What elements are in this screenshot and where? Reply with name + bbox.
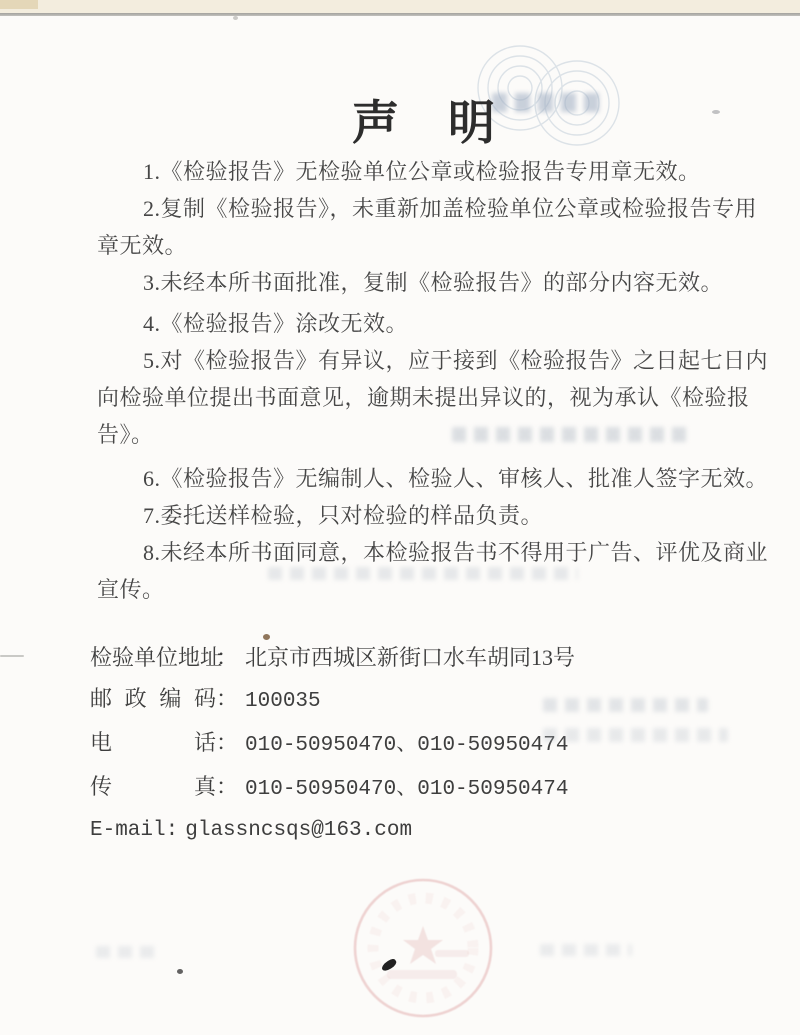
contact-separator: ： (216, 774, 238, 799)
contact-label: 邮政编码 (90, 687, 216, 710)
statement-line: 2.复制《检验报告》，未重新加盖检验单位公章或检验报告专用 (97, 190, 765, 227)
scan-top-edge (0, 0, 800, 13)
bleed-through-mark (543, 698, 708, 712)
bleed-through-mark (268, 567, 578, 580)
statement-line: 8.未经本所书面同意，本检验报告书不得用于广告、评优及商业 (97, 534, 765, 571)
statement-line: 向检验单位提出书面意见，逾期未提出异议的，视为承认《检验报 (97, 379, 765, 416)
statement-line: 3.未经本所书面批准，复制《检验报告》的部分内容无效。 (97, 264, 765, 301)
ink-speck (712, 110, 720, 114)
contact-value: glassncsqs@163.com (185, 819, 412, 842)
page-title: 声 明 (24, 86, 800, 153)
contact-value: 010-50950470、010-50950474 (245, 778, 568, 801)
scan-edge-line (0, 13, 800, 16)
contact-value: 100035 (245, 690, 321, 713)
contact-row-fax: 传真：010-50950470、010-50950474 (90, 775, 730, 801)
contact-label: 传真 (90, 775, 216, 798)
scanned-statement-page: 声 明 1.《检验报告》无检验单位公章或检验报告专用章无效。 2.复制《检验报告… (0, 0, 800, 1035)
contact-separator: ： (216, 645, 238, 670)
ink-speck (233, 16, 238, 20)
contact-row-address: 检验单位地址：北京市西城区新街口水车胡同13号 (90, 646, 730, 669)
scan-edge-dash (0, 655, 24, 657)
contact-separator: ： (216, 730, 238, 755)
bleed-through-mark (96, 946, 158, 958)
contact-row-email: E-mail:glassncsqs@163.com (90, 819, 730, 842)
ink-speck (263, 634, 270, 640)
statements-section: 1.《检验报告》无检验单位公章或检验报告专用章无效。 2.复制《检验报告》，未重… (97, 153, 765, 608)
bleed-through-mark (540, 944, 632, 956)
statement-line: 7.委托送样检验，只对检验的样品负责。 (97, 497, 765, 534)
statement-line: 章无效。 (97, 227, 765, 264)
statement-line: 6.《检验报告》无编制人、检验人、审核人、批准人签字无效。 (97, 460, 765, 497)
bleed-through-mark (543, 728, 728, 742)
contact-label: 电话 (90, 731, 216, 754)
contact-separator: : (166, 819, 179, 842)
statement-line: 4.《检验报告》涂改无效。 (97, 305, 765, 342)
statement-line: 1.《检验报告》无检验单位公章或检验报告专用章无效。 (97, 153, 765, 190)
statement-line: 5.对《检验报告》有异议，应于接到《检验报告》之日起七日内 (97, 342, 765, 379)
ink-speck (177, 969, 183, 974)
contact-value: 010-50950470、010-50950474 (245, 734, 568, 757)
contact-separator: ： (216, 686, 238, 711)
bleed-through-mark (452, 427, 690, 442)
scan-corner-tab (0, 0, 38, 9)
contact-section: 检验单位地址：北京市西城区新街口水车胡同13号 邮政编码：100035 电话：0… (90, 646, 730, 860)
red-stamp-icon (337, 862, 509, 1034)
contact-label: E-mail (90, 819, 166, 842)
contact-label: 检验单位地址 (90, 646, 216, 669)
contact-value: 北京市西城区新街口水车胡同13号 (245, 645, 575, 670)
